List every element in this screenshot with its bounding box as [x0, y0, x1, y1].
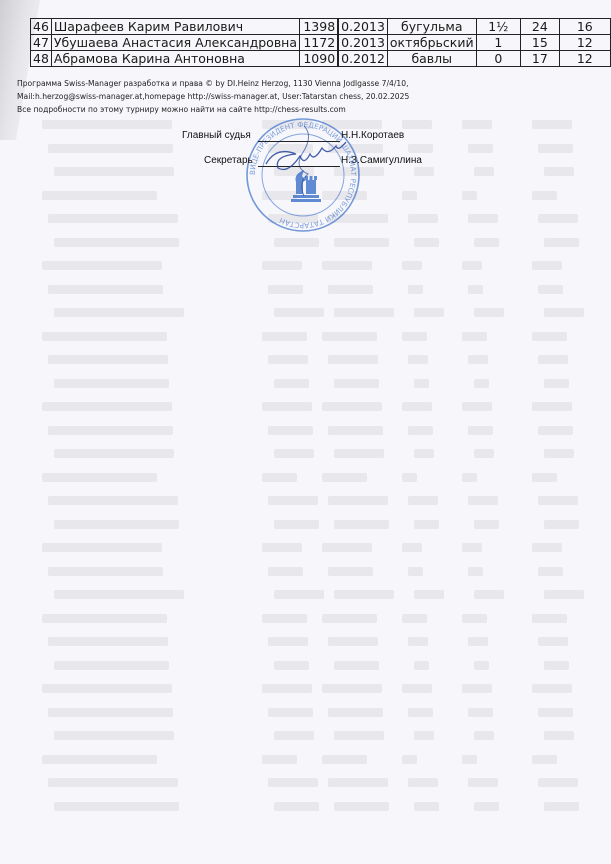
cell-no: 46 [31, 19, 52, 35]
cell-buch2: 12 [559, 51, 610, 67]
cell-birth: 0.2012 [338, 51, 387, 67]
cell-buch2: 16 [559, 19, 610, 35]
cell-buch2: 12 [559, 35, 610, 51]
cell-town: октябрьский [387, 35, 476, 51]
footer-line-1: Программа Swiss-Manager разработка и пра… [17, 77, 409, 90]
footer-line-2: Mail:h.herzog@swiss-manager.at,homepage … [17, 90, 409, 103]
cell-rating: 1398 [300, 19, 339, 35]
cell-points: 1½ [476, 19, 520, 35]
cell-town: бавлы [387, 51, 476, 67]
cell-buch1: 24 [521, 19, 560, 35]
results-table: 46Шарафеев Карим Равилович13980.2013бугу… [30, 18, 611, 67]
cell-points: 0 [476, 51, 520, 67]
cell-rating: 1090 [300, 51, 339, 67]
chief-judge-label: Главный судья [182, 130, 251, 141]
table-row: 46Шарафеев Карим Равилович13980.2013бугу… [31, 19, 611, 35]
secretary-signature [258, 140, 358, 180]
cell-buch1: 17 [521, 51, 560, 67]
cell-town: бугульма [387, 19, 476, 35]
software-footer: Программа Swiss-Manager разработка и пра… [17, 77, 409, 116]
cell-no: 48 [31, 51, 52, 67]
cell-rating: 1172 [300, 35, 339, 51]
cell-points: 1 [476, 35, 520, 51]
table-row: 48Абрамова Карина Антоновна10900.2012бав… [31, 51, 611, 67]
cell-no: 47 [31, 35, 52, 51]
cell-name: Шарафеев Карим Равилович [51, 19, 299, 35]
table-row: 47Убушаева Анастасия Александровна11720.… [31, 35, 611, 51]
secretary-label: Секретарь [204, 155, 253, 166]
cell-name: Убушаева Анастасия Александровна [51, 35, 299, 51]
cell-birth: 0.2013 [338, 19, 387, 35]
cell-buch1: 15 [521, 35, 560, 51]
cell-name: Абрамова Карина Антоновна [51, 51, 299, 67]
footer-line-3: Все подробности по этому турниру можно н… [17, 103, 409, 116]
cell-birth: 0.2013 [338, 35, 387, 51]
